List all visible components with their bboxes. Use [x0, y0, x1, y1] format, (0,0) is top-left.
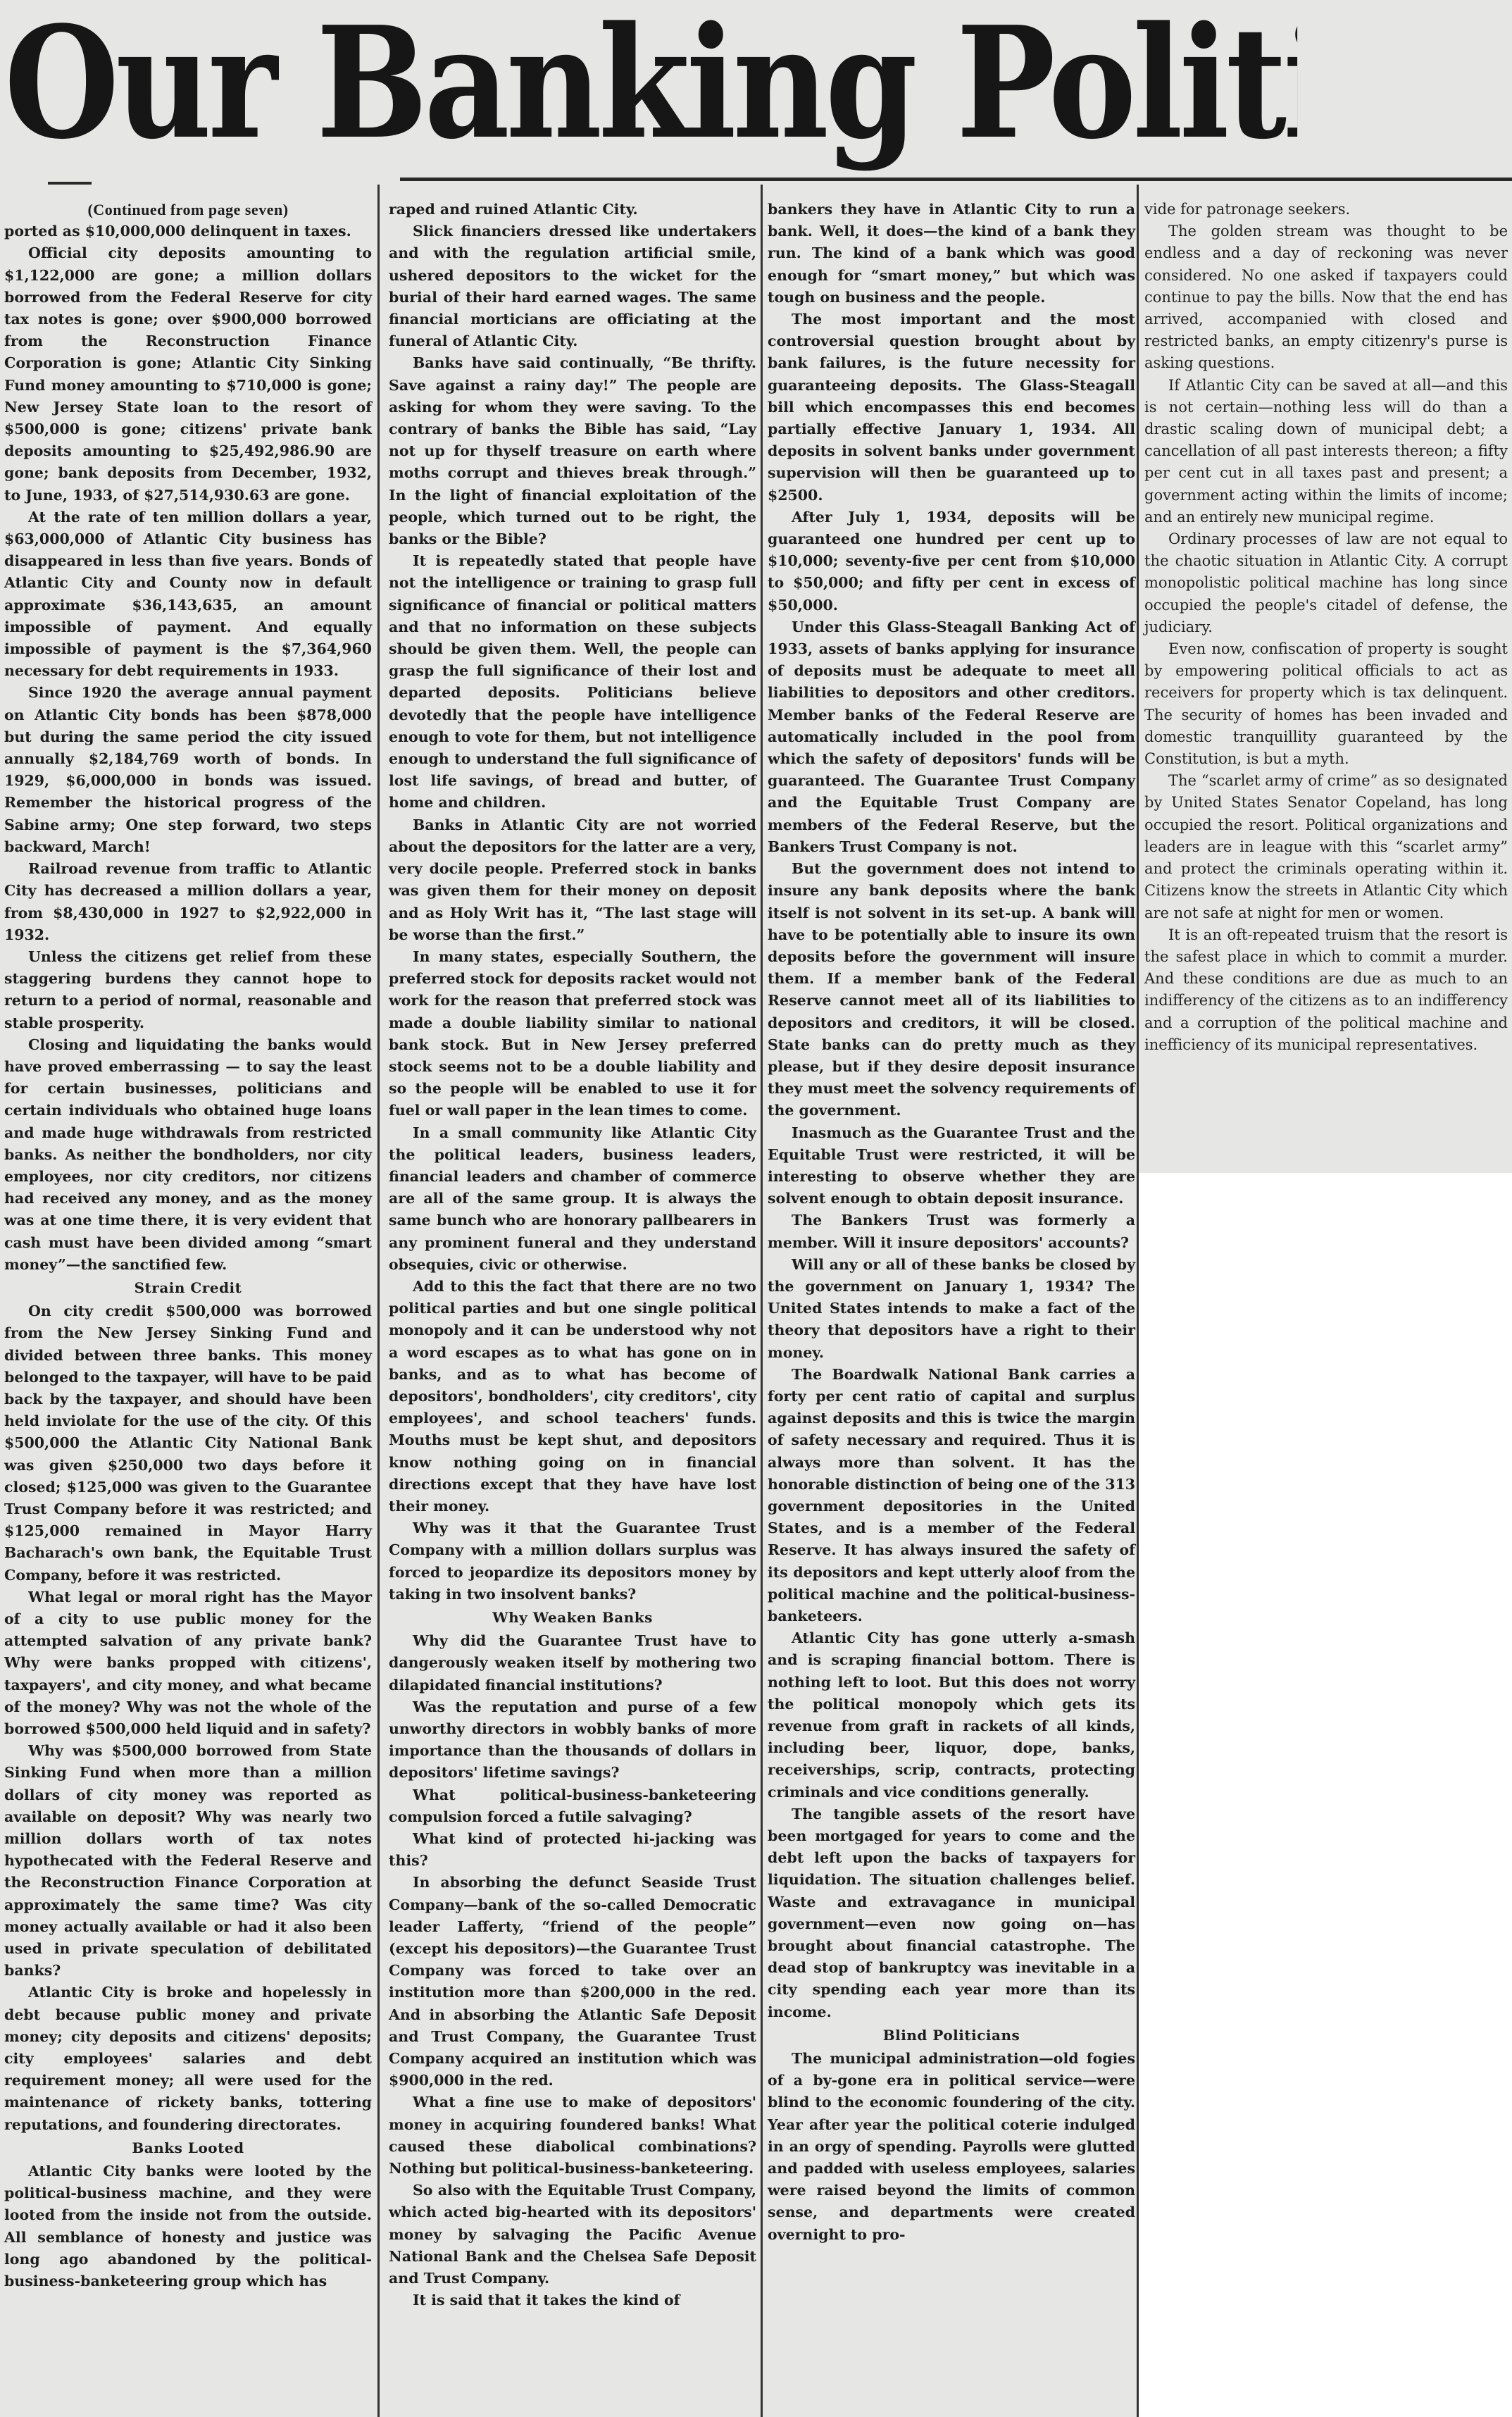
paragraph: What legal or moral right has the Mayor …	[4, 1586, 372, 1740]
paragraph: On city credit $500,000 was borrowed fro…	[4, 1300, 372, 1586]
continued-note: (Continued from page seven)	[4, 199, 372, 220]
paragraph: raped and ruined Atlantic City.	[389, 199, 756, 220]
paragraph: Why was $500,000 borrowed from State Sin…	[4, 1740, 372, 1982]
subheading: Banks Looted	[4, 2137, 372, 2159]
paragraph: Since 1920 the average annual payment on…	[4, 682, 372, 858]
newspaper-page: Our Banking Politicians (Continued from …	[0, 0, 1512, 2417]
paragraph: Official city deposits amounting to $1,1…	[4, 242, 372, 506]
paragraph: But the government does not intend to in…	[768, 858, 1135, 1121]
headline-underline-rule	[400, 178, 1512, 181]
paragraph: Ordinary processes of law are not equal …	[1144, 528, 1508, 638]
subheading: Blind Politicians	[768, 2025, 1135, 2046]
paragraph: If Atlantic City can be saved at all—and…	[1144, 375, 1508, 528]
paragraph: It is repeatedly stated that people have…	[389, 550, 756, 814]
paragraph: vide for patronage seekers.	[1144, 199, 1508, 220]
paragraph: Atlantic City has gone utterly a-smash a…	[768, 1627, 1135, 1803]
article-column-1: (Continued from page seven) ported as $1…	[4, 199, 372, 2292]
subheading: Strain Credit	[4, 1277, 372, 1299]
paragraph: Banks in Atlantic City are not worried a…	[389, 814, 756, 946]
subheading: Why Weaken Banks	[389, 1607, 756, 1629]
paragraph: The golden stream was thought to be endl…	[1144, 220, 1508, 374]
paragraph: Why was it that the Guarantee Trust Comp…	[389, 1517, 756, 1605]
paragraph: Will any or all of these banks be closed…	[768, 1254, 1135, 1364]
paragraph: After July 1, 1934, deposits will be gua…	[768, 507, 1135, 616]
paragraph: Was the reputation and purse of a few un…	[389, 1696, 756, 1784]
paragraph: bankers they have in Atlantic City to ru…	[768, 199, 1135, 309]
paragraph: What political-business-banketeering com…	[389, 1784, 756, 1828]
paragraph: Add to this the fact that there are no t…	[389, 1276, 756, 1517]
paragraph: At the rate of ten million dollars a yea…	[4, 507, 372, 683]
paragraph: Inasmuch as the Guarantee Trust and the …	[768, 1122, 1135, 1210]
column-divider	[377, 185, 380, 2417]
blank-region	[1139, 1173, 1512, 2417]
paragraph: In absorbing the defunct Seaside Trust C…	[389, 1872, 756, 2092]
paragraph: The most important and the most controve…	[768, 309, 1135, 507]
paragraph: It is an oft-repeated truism that the re…	[1144, 924, 1508, 1056]
paragraph: What kind of protected hi-jacking was th…	[389, 1828, 756, 1872]
paragraph: What a fine use to make of depositors' m…	[389, 2092, 756, 2180]
article-column-3: bankers they have in Atlantic City to ru…	[768, 199, 1135, 2246]
paragraph: Atlantic City banks were looted by the p…	[4, 2161, 372, 2292]
paragraph: The municipal administration—old fogies …	[768, 2048, 1135, 2246]
paragraph: The “scarlet army of crime” as so design…	[1144, 770, 1508, 924]
paragraph: So also with the Equitable Trust Company…	[389, 2180, 756, 2289]
paragraph: Atlantic City is broke and hopelessly in…	[4, 1982, 372, 2135]
headline: Our Banking Politicians	[4, 6, 1297, 171]
column-divider	[761, 185, 763, 2417]
paragraph: ported as $10,000,000 delinquent in taxe…	[4, 220, 372, 242]
paragraph: The Bankers Trust was formerly a member.…	[768, 1210, 1135, 1253]
paragraph: Under this Glass-Steagall Banking Act of…	[768, 616, 1135, 858]
paragraph: In a small community like Atlantic City …	[389, 1122, 756, 1276]
paragraph: Closing and liquidating the banks would …	[4, 1034, 372, 1276]
paragraph: Why did the Guarantee Trust have to dang…	[389, 1630, 756, 1696]
paragraph: Unless the citizens get relief from thes…	[4, 946, 372, 1034]
paragraph: The tangible assets of the resort have b…	[768, 1803, 1135, 2023]
article-column-4: vide for patronage seekers. The golden s…	[1144, 199, 1508, 1056]
short-rule	[48, 182, 92, 185]
paragraph: In many states, especially Southern, the…	[389, 946, 756, 1122]
article-column-2: raped and ruined Atlantic City. Slick fi…	[389, 199, 756, 2312]
paragraph: Banks have said continually, “Be thrifty…	[389, 352, 756, 550]
paragraph: Slick financiers dressed like undertaker…	[389, 220, 756, 352]
paragraph: Railroad revenue from traffic to Atlanti…	[4, 858, 372, 946]
paragraph: The Boardwalk National Bank carries a fo…	[768, 1364, 1135, 1627]
paragraph: It is said that it takes the kind of	[389, 2289, 756, 2311]
paragraph: Even now, confiscation of property is so…	[1144, 638, 1508, 770]
